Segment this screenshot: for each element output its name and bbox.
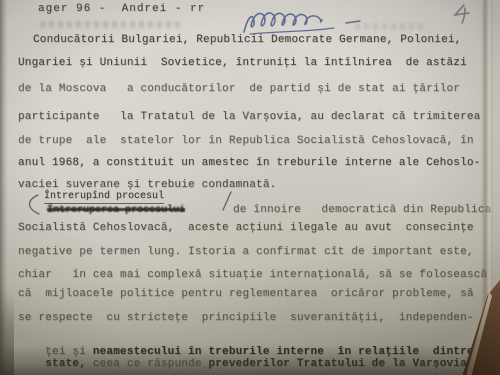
text-line: Conducătorii Bulgariei, Republicii Democ…: [33, 34, 461, 46]
erased-text-smudge: [40, 21, 180, 28]
text-line: chiar în cea mai complexă situație inter…: [18, 269, 487, 281]
typed-insertion: Întrerupînd procesul: [44, 191, 164, 204]
bottom-edge-shadow: [0, 345, 500, 375]
text-line: participante la Tratatul de la Varșovia,…: [18, 111, 480, 123]
struck-out-text: Întreruperea procesului: [47, 204, 185, 216]
text-line: de la Moscova a conducătorilor de partid…: [18, 83, 460, 95]
text-line: de trupe ale statelor lor în Republica S…: [18, 135, 474, 147]
text-line: anul 1968, a constituit un amestec în tr…: [18, 157, 480, 169]
handwritten-caret-icon: [221, 190, 233, 212]
text-line: negative pe termen lung. Istoria a confi…: [18, 246, 474, 258]
text-line: de înnoire democratică din Republica: [233, 204, 491, 216]
text-line: că mijloacele politice pentru reglementa…: [18, 288, 474, 300]
handwritten-parenthesis-left-icon: [24, 193, 44, 217]
handwritten-page-number-icon: [450, 2, 476, 28]
header-note: ager 96 - Andrei - rr: [38, 3, 205, 15]
text-line: vaciei suverane și trebuie condamnată.: [18, 179, 276, 191]
text-line: Ungariei și Uniunii Sovietice, întruniți…: [18, 57, 467, 69]
text-line: se respecte cu strictețe principiile suv…: [18, 312, 474, 324]
document-photo: ager 96 - Andrei - rr 4 Conducătorii Bul…: [0, 0, 500, 375]
text-line: Socialistă Cehoslovacă, aceste acțiuni i…: [18, 222, 474, 234]
